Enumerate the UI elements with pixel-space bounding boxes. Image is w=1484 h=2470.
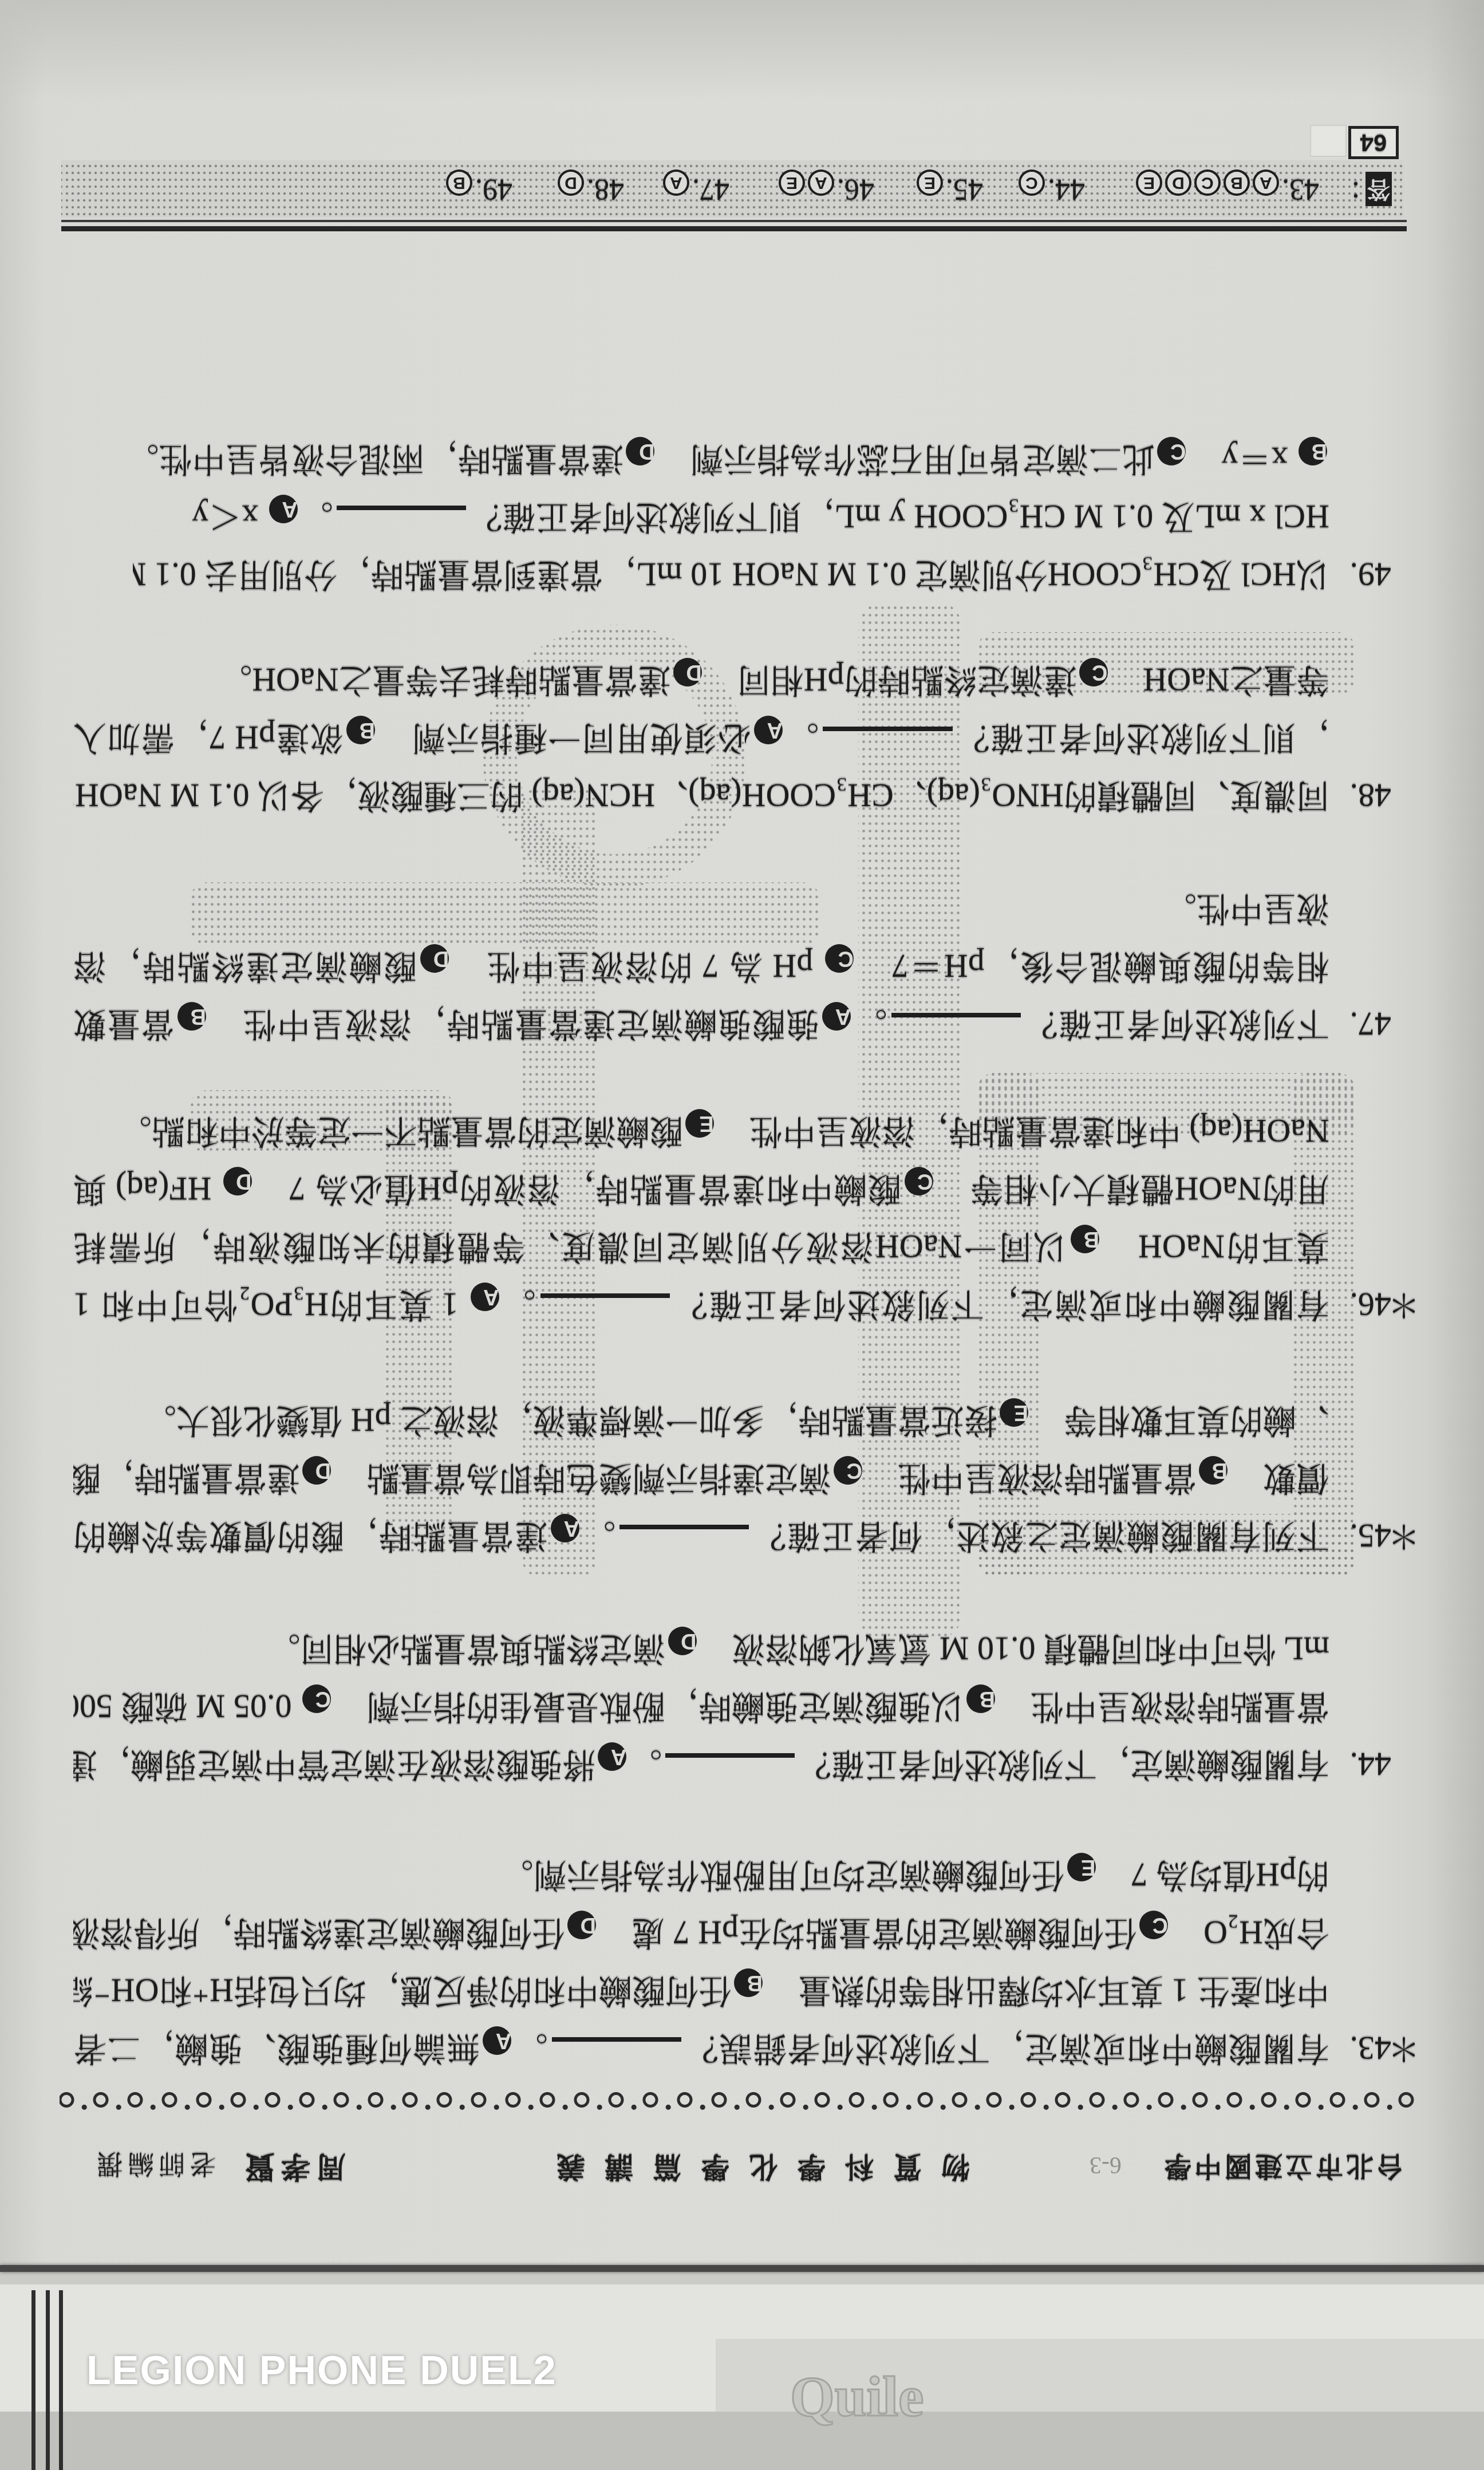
answer-blank	[823, 727, 952, 749]
question-46: ＊ 46. 有關酸鹼中和或滴定，下列敘述何者正確？。A 1 莫耳的H₃PO₂恰可…	[73, 1102, 1420, 1333]
decorative-border	[60, 2090, 1416, 2116]
option-d-marker: D	[668, 1627, 697, 1655]
question-number: 43.	[1350, 2019, 1392, 2077]
question-line: 莫耳的NaOH B以同一NaOH溶液分別滴定同濃度、等體積的未知酸液時，所需耗	[73, 1218, 1329, 1276]
question-line: 下列敘述何者正確？。A強酸強鹼滴定達當量點時，溶液呈中性 B當量數	[73, 995, 1329, 1053]
worksheet-page: 台北市立建國中學 6-3 物質科學化學篇講義 周孝賢 老師編撰 ＊ 43. 有關…	[0, 0, 1484, 2470]
question-line: 用的NaOH體積大小相等 C酸鹼中和達當量點時，溶液的pH值必為 7 D HF(…	[73, 1160, 1329, 1218]
question-line: 有關酸鹼滴定，下列敘述何者正確？。A將強酸溶液在滴定管中滴定弱鹼，達	[73, 1735, 1329, 1793]
answer-choice: B	[446, 173, 475, 206]
answer-blank	[540, 1293, 670, 1316]
answer-label: 答	[1365, 172, 1392, 206]
question-line: NaOH(aq) 中和達當量點時，溶液呈中性 E酸鹼滴定的當量點不一定等於中和點…	[73, 1102, 1329, 1160]
option-b-marker: B	[1071, 1225, 1099, 1253]
answer-number: 48.	[587, 173, 624, 206]
option-c-marker: C	[1157, 437, 1186, 465]
option-a-marker: A	[822, 1002, 851, 1031]
option-b-marker: B	[1199, 1456, 1228, 1485]
answer-blank	[891, 1013, 1021, 1036]
paper-stack-edge	[31, 2290, 35, 2470]
page-number-ghost-box	[1310, 125, 1347, 157]
option-e-marker: E	[1000, 1398, 1028, 1427]
author-name: 周孝賢	[239, 2151, 346, 2180]
option-a-marker: A	[808, 169, 834, 196]
answer-choice: AE	[779, 173, 837, 206]
option-b-marker: B	[177, 1002, 206, 1031]
option-a-marker: A	[663, 169, 689, 196]
answer-blank	[337, 506, 466, 528]
star-marker: ＊	[1388, 1276, 1420, 1333]
question-text: 有關酸鹼中和或滴定，下列敘述何者錯誤？。A無論何種強酸、強鹼，二者 中和產生 1…	[73, 1846, 1329, 2077]
question-line: 的pH值均為 7 E任何酸鹼滴定均可用酚酞作為指示劑。	[73, 1846, 1329, 1904]
question-number: 45.	[1350, 1507, 1392, 1565]
question-line: 有關酸鹼中和或滴定，下列敘述何者錯誤？。A無論何種強酸、強鹼，二者	[73, 2019, 1329, 2077]
photo-frame: 台北市立建國中學 6-3 物質科學化學篇講義 周孝賢 老師編撰 ＊ 43. 有關…	[0, 0, 1484, 2470]
option-a-marker: A	[483, 2026, 511, 2055]
question-number: 48.	[1350, 767, 1392, 824]
answer-choice: D	[558, 173, 587, 206]
question-49: 49. 以HCl 及CH₃COOH分別滴定 0.1 M NaOH 10 mL，當…	[73, 430, 1420, 603]
answer-number: 44.	[1048, 173, 1085, 206]
question-number: 44.	[1350, 1735, 1392, 1793]
question-43: ＊ 43. 有關酸鹼中和或滴定，下列敘述何者錯誤？。A無論何種強酸、強鹼，二者 …	[73, 1846, 1420, 2077]
page-edge-shadow	[0, 0, 1484, 100]
question-line: 有關酸鹼中和或滴定，下列敘述何者正確？。A 1 莫耳的H₃PO₂恰可中和 1	[73, 1276, 1329, 1333]
question-text: 下列敘述何者正確？。A強酸強鹼滴定達當量點時，溶液呈中性 B當量數 相等的酸與鹼…	[73, 879, 1329, 1053]
answer-divider	[61, 220, 1407, 231]
question-number: 47.	[1350, 995, 1392, 1053]
answer-number: 45.	[946, 173, 983, 206]
question-line: 中和產生 1 莫耳水均釋出相等的熱量 B任何酸鹼中和的淨反應，均只包括H⁺和OH…	[73, 1962, 1329, 2019]
answer-item: 49.B	[446, 169, 512, 205]
option-c-marker: C	[1194, 169, 1221, 196]
answer-choice: A	[663, 173, 692, 206]
paper-stack-edge	[46, 2290, 50, 2470]
option-e-marker: E	[1136, 169, 1162, 196]
question-line: B x＝y C此二滴定皆可用石蕊作為指示劑 D達當量點時，兩混合液皆呈中性。	[73, 430, 1329, 488]
question-text: 同濃度、同體積的HNO₃(aq)、CH₃COOH(aq)、HCN(aq) 的三種…	[73, 651, 1329, 824]
question-line: 價數 B當量點時溶液呈中性 C滴定達指示劑變色時即為當量點 D達當量點時，酸	[73, 1449, 1329, 1507]
question-text: 以HCl 及CH₃COOH分別滴定 0.1 M NaOH 10 mL，當達到當量…	[73, 430, 1329, 603]
question-48: 48. 同濃度、同體積的HNO₃(aq)、CH₃COOH(aq)、HCN(aq)…	[73, 651, 1420, 824]
answer-item: 48.D	[558, 169, 624, 205]
section-code: 6-3	[1090, 2153, 1122, 2177]
option-b-marker: B	[346, 716, 375, 744]
answer-blank	[665, 1753, 795, 1776]
answer-number: 43.	[1282, 173, 1319, 206]
answer-choice: E	[917, 173, 946, 206]
school-name: 台北市立建國中學	[1161, 2152, 1404, 2179]
option-d-marker: D	[673, 658, 702, 686]
question-line: 下列有關酸鹼滴定之敘述，何者正確？。A達當量點時，酸的價數等於鹼的	[73, 1507, 1329, 1565]
question-47: 47. 下列敘述何者正確？。A強酸強鹼滴定達當量點時，溶液呈中性 B當量數 相等…	[73, 879, 1420, 1053]
option-a-marker: A	[754, 716, 783, 744]
question-text: 下列有關酸鹼滴定之敘述，何者正確？。A達當量點時，酸的價數等於鹼的 價數 B當量…	[73, 1391, 1329, 1565]
question-text: 有關酸鹼中和或滴定，下列敘述何者正確？。A 1 莫耳的H₃PO₂恰可中和 1 莫…	[73, 1102, 1329, 1333]
option-c-marker: C	[1019, 169, 1045, 196]
option-e-marker: E	[779, 169, 805, 196]
question-line: 相等的酸與鹼混合後，pH＝7 C pH 為 7 的溶液呈中性 D酸鹼滴定達終點時…	[73, 937, 1329, 995]
option-c-marker: C	[834, 1456, 862, 1485]
option-a-marker: A	[598, 1742, 626, 1771]
option-e-marker: E	[685, 1109, 714, 1138]
option-b-marker: B	[734, 1968, 763, 1997]
underlying-sheet-logo: Quile	[790, 2364, 923, 2429]
option-e-marker: E	[917, 169, 943, 196]
answer-item: 43.ABCDE	[1136, 169, 1319, 205]
option-c-marker: C	[1139, 1911, 1168, 1939]
answer-blank	[619, 1525, 749, 1548]
option-c-marker: C	[1079, 658, 1108, 686]
option-d-marker: D	[567, 1911, 596, 1939]
question-line: 、鹼的莫耳數相等 E接近當量點時，多加一滴標準液，溶液之 pH 值變化很大。	[73, 1391, 1329, 1449]
answer-colon: ：	[1333, 174, 1363, 206]
option-a-marker: A	[1253, 169, 1279, 196]
question-44: 44. 有關酸鹼滴定，下列敘述何者正確？。A將強酸溶液在滴定管中滴定弱鹼，達 當…	[73, 1620, 1420, 1793]
answer-key: 答 ： 43.ABCDE 44.C 45.E 46.AE 47.A 48.D 4…	[61, 160, 1404, 218]
option-b-marker: B	[1298, 437, 1327, 465]
star-marker: ＊	[1388, 1507, 1420, 1565]
question-line: 等量之NaOH C達滴定終點時的pH相同 D達當量點時耗去等量之NaOH。	[73, 651, 1329, 709]
question-line: 合成H₂O C任何酸鹼滴定的當量點均在pH 7 處 D任何酸鹼滴定達終點時，所得…	[73, 1904, 1329, 1962]
option-d-marker: D	[1165, 169, 1191, 196]
answer-number: 46.	[837, 173, 874, 206]
paper-stack-edge	[59, 2290, 63, 2470]
question-number: 46.	[1350, 1276, 1392, 1333]
answer-number: 47.	[692, 173, 729, 206]
option-c-marker: C	[905, 1167, 933, 1195]
answer-blank	[552, 2037, 681, 2060]
option-b-marker: B	[966, 1684, 995, 1713]
page-edge-line	[0, 2265, 1484, 2272]
option-a-marker: A	[551, 1514, 579, 1542]
question-number: 49.	[1350, 546, 1392, 603]
option-d-marker: D	[420, 944, 449, 973]
option-b-marker: B	[1223, 169, 1250, 196]
camera-watermark: LEGION PHONE DUEL2	[86, 2347, 557, 2393]
option-c-marker: C	[825, 944, 854, 973]
question-line: 液呈中性。	[73, 879, 1329, 937]
option-b-marker: B	[446, 169, 472, 196]
option-d-marker: D	[558, 169, 584, 196]
question-text: 有關酸鹼滴定，下列敘述何者正確？。A將強酸溶液在滴定管中滴定弱鹼，達 當量點時溶…	[73, 1620, 1329, 1793]
answer-item: 44.C	[1019, 169, 1085, 205]
option-a-marker: A	[269, 495, 298, 523]
answer-item: 46.AE	[779, 169, 874, 205]
question-line: 當量點時溶液呈中性 B以強酸滴定強鹼時，酚酞是最佳的指示劑 C 0.05 M 硫…	[73, 1678, 1329, 1735]
page-side-shadow	[1426, 0, 1484, 2266]
answer-item: 47.A	[663, 169, 729, 205]
question-line: mL 恰可中和同體積 0.10 M 氫氧化鈉溶液 D滴定終點與當量點必相同。	[73, 1620, 1329, 1678]
option-e-marker: E	[1067, 1853, 1096, 1881]
author-role: 老師編撰	[92, 2151, 216, 2177]
option-a-marker: A	[471, 1283, 499, 1311]
answer-item: 45.E	[917, 169, 983, 205]
option-d-marker: D	[223, 1167, 252, 1195]
option-d-marker: D	[302, 1456, 331, 1485]
underlying-sheet-bottom	[0, 2412, 1484, 2470]
question-line: 以HCl 及CH₃COOH分別滴定 0.1 M NaOH 10 mL，當達到當量…	[133, 546, 1329, 603]
question-line: ，則下列敘述何者正確？。A必須使用同一種指示劑 B欲達pH 7，需加入	[73, 709, 1329, 767]
answer-choice: ABCDE	[1136, 173, 1282, 206]
option-d-marker: D	[626, 437, 654, 465]
handout-title: 物質科學化學篇講義	[537, 2152, 970, 2181]
page-number: 64	[1348, 126, 1399, 159]
answer-number: 49.	[475, 173, 512, 206]
question-45: ＊ 45. 下列有關酸鹼滴定之敘述，何者正確？。A達當量點時，酸的價數等於鹼的 …	[73, 1391, 1420, 1565]
question-line: HCl x mL及 0.1 M CH₃COOH y mL，則下列敘述何者正確？。…	[73, 488, 1329, 546]
star-marker: ＊	[1388, 2019, 1420, 2077]
question-line: 同濃度、同體積的HNO₃(aq)、CH₃COOH(aq)、HCN(aq) 的三種…	[73, 767, 1329, 824]
option-c-marker: C	[302, 1684, 331, 1713]
answer-choice: C	[1019, 173, 1048, 206]
